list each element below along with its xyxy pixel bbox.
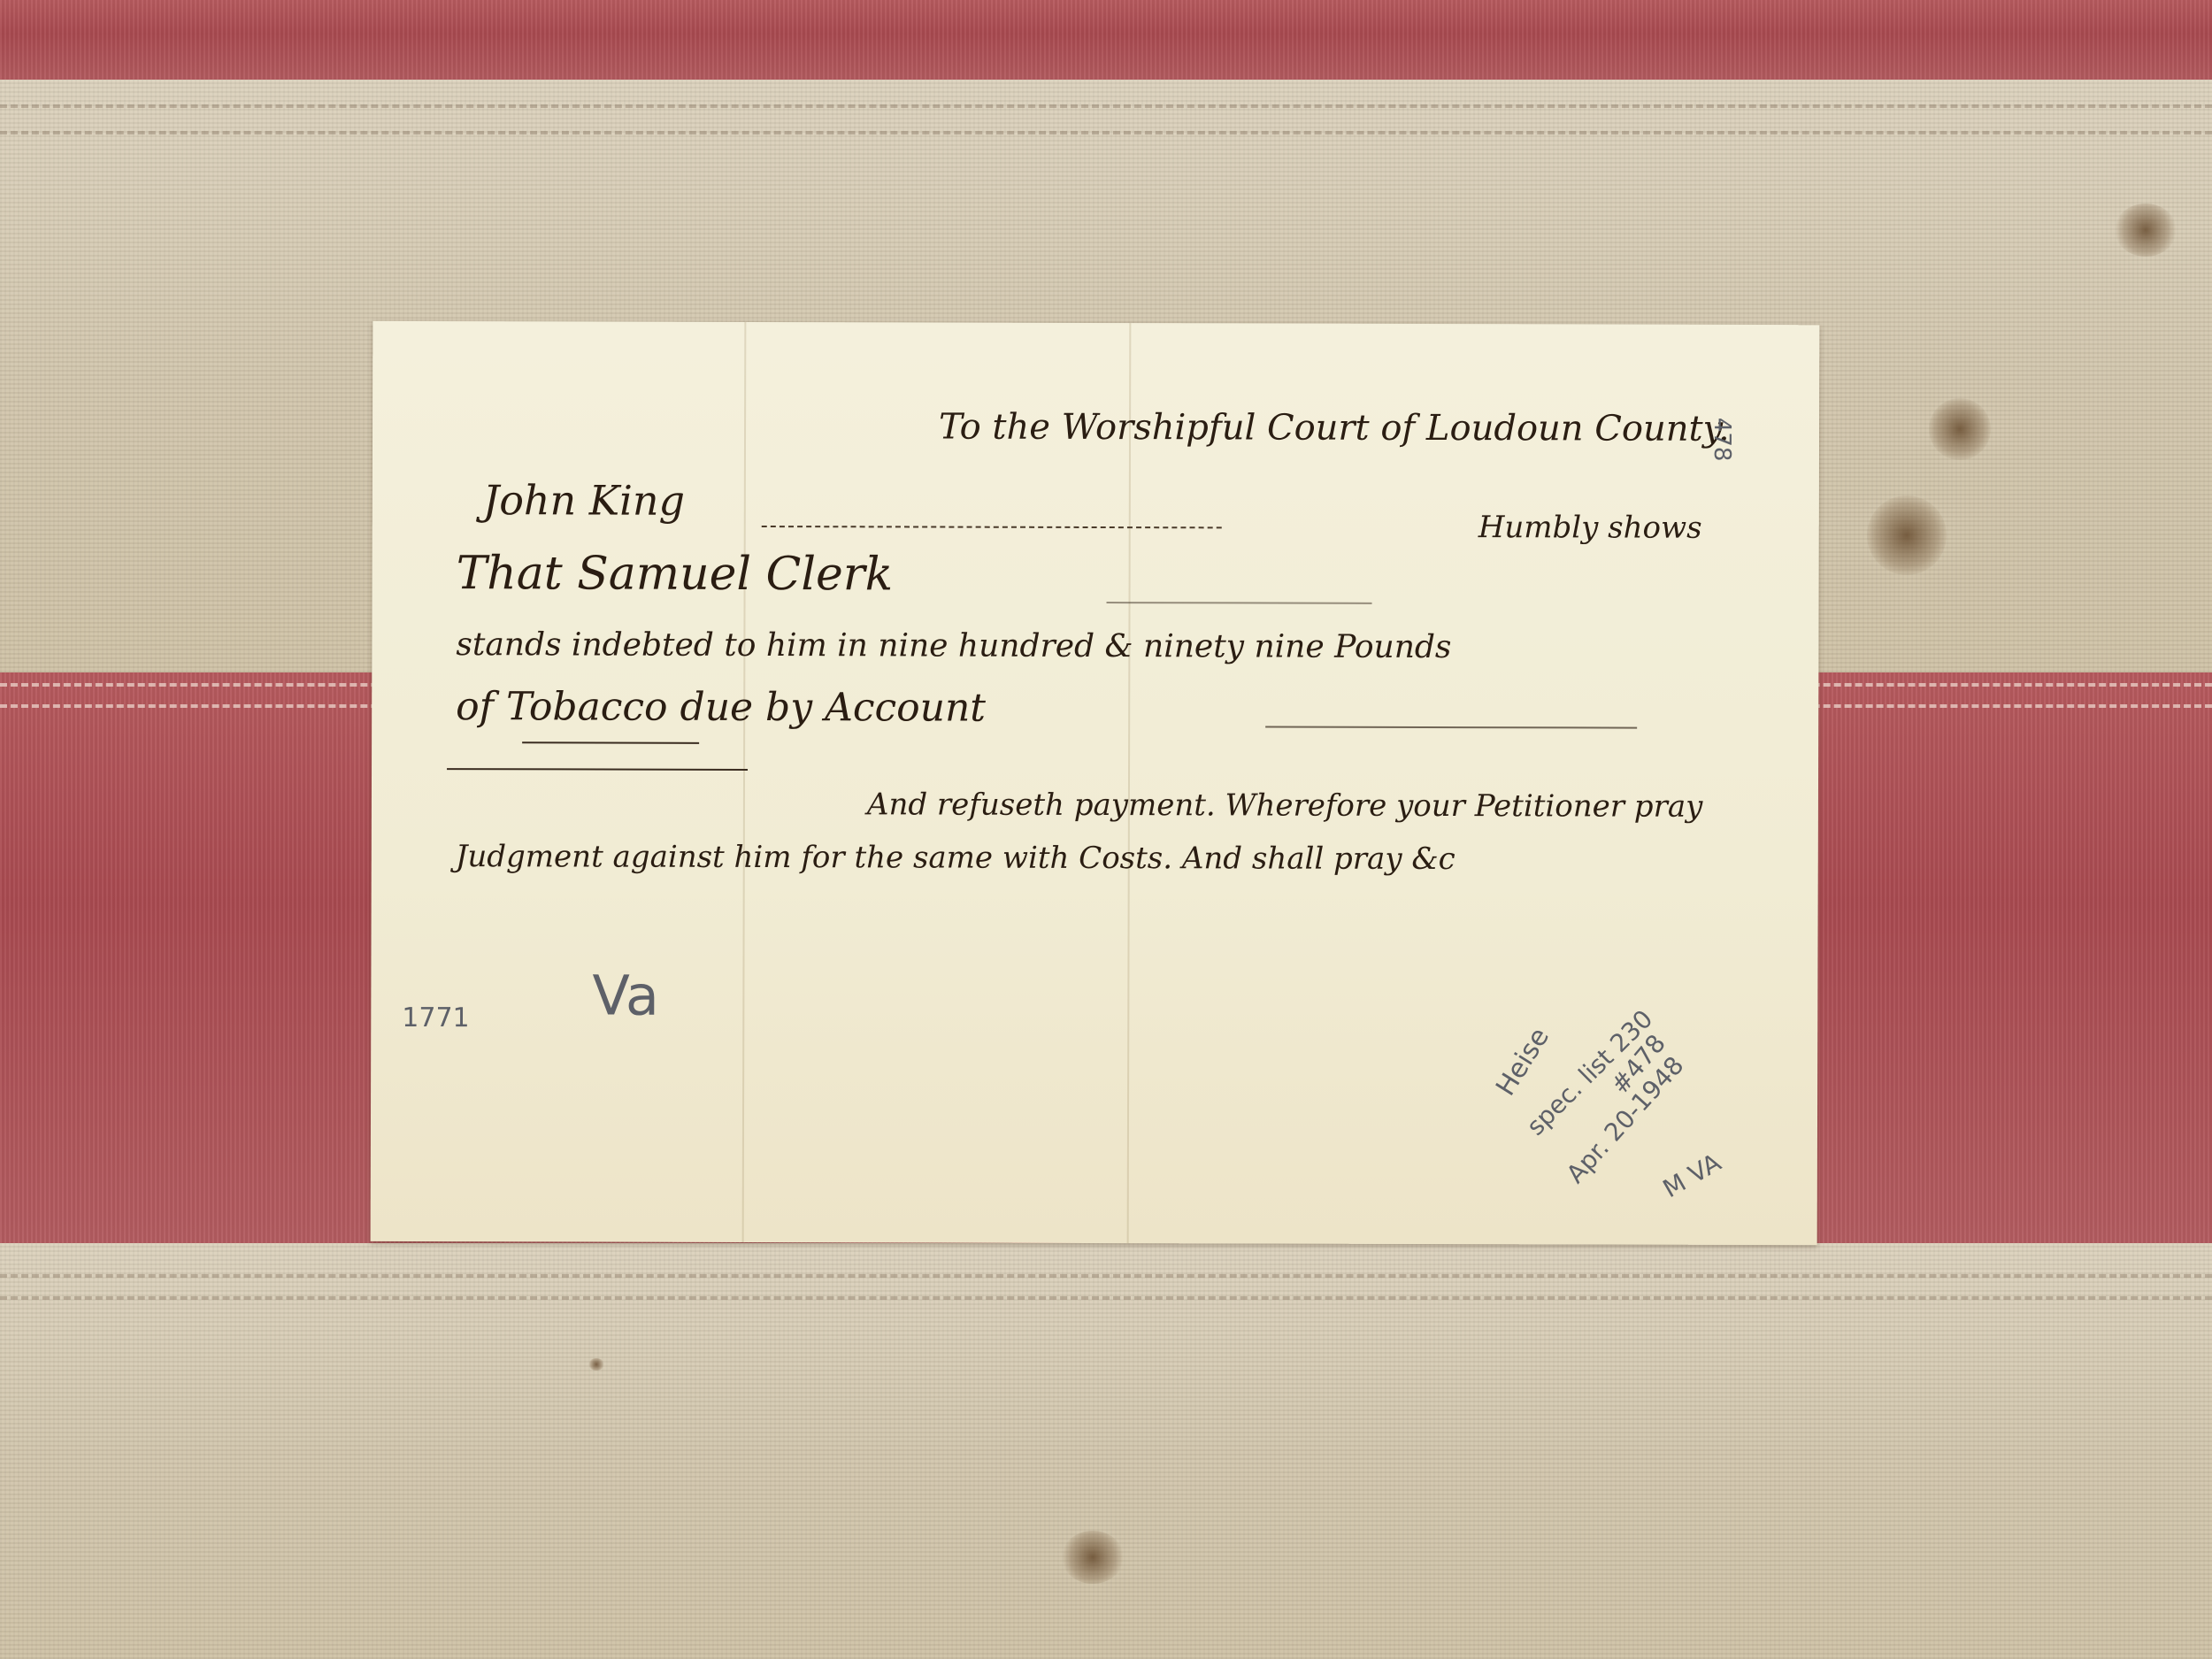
flag-hem-seam xyxy=(0,131,2212,134)
debtor-line: That Samuel Clerk xyxy=(457,547,894,601)
dealer-note: Heise xyxy=(1490,1023,1555,1102)
dealer-note: M VA xyxy=(1658,1148,1726,1203)
court-petition-document: To the Worshipful Court of Loudoun Count… xyxy=(371,321,1820,1245)
debt-amount-line: stands indebted to him in nine hundred &… xyxy=(456,626,1451,665)
paper-fold-line xyxy=(742,322,747,1242)
flag-hem-seam xyxy=(0,1296,2212,1300)
closing-rule xyxy=(1265,726,1637,729)
dealer-note-line: Heise xyxy=(1490,1023,1555,1102)
fill-dashes xyxy=(762,526,1222,528)
humbly-shows-text: Humbly shows xyxy=(1479,510,1702,546)
underline xyxy=(1107,602,1372,604)
left-rule xyxy=(447,768,748,771)
paper-fold-line xyxy=(1127,323,1132,1243)
fabric-stain xyxy=(2115,204,2177,257)
petitioner-name: John King xyxy=(483,476,685,525)
fabric-stain xyxy=(1929,398,1991,460)
year-annotation: 1771 xyxy=(402,1002,469,1033)
fabric-stain xyxy=(588,1358,604,1371)
flag-hem-seam xyxy=(0,1274,2212,1278)
flag-red-stripe-top xyxy=(0,0,2212,84)
flag-white-stripe-lower xyxy=(0,1243,2212,1659)
judgment-line: Judgment against him for the same with C… xyxy=(456,839,1455,877)
refuses-payment-line: And refuseth payment. Wherefore your Pet… xyxy=(867,787,1703,824)
state-annotation: Va xyxy=(592,964,659,1028)
address-heading: To the Worshipful Court of Loudoun Count… xyxy=(939,407,1730,449)
tobacco-line: of Tobacco due by Account xyxy=(456,684,986,731)
fabric-stain xyxy=(1867,495,1947,575)
margin-number: 478 xyxy=(1709,418,1735,462)
dealer-note-line: M VA xyxy=(1658,1148,1726,1203)
flag-hem-seam xyxy=(0,104,2212,108)
fabric-stain xyxy=(1062,1531,1124,1584)
tobacco-underline xyxy=(522,741,699,744)
